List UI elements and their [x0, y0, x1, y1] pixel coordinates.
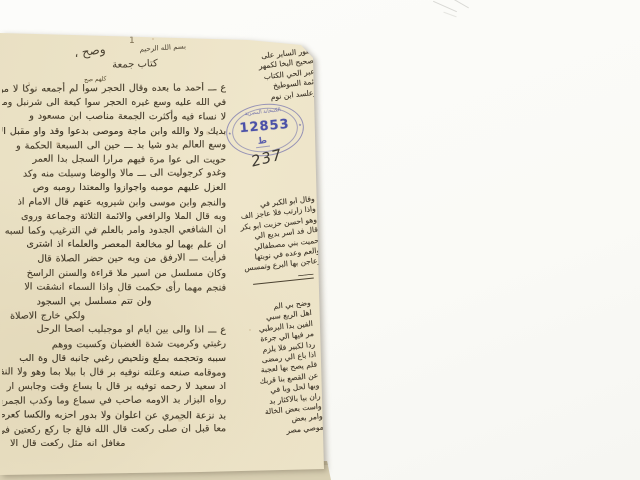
manuscript-line: والنجم وابن موسى وابن شيرويه عنهم قال ال… [2, 195, 226, 210]
manuscript-line: وبه قال الملا والرافعي والائمة الثلاثة و… [2, 210, 226, 224]
manuscript-line: سببه وتحجمه بملع ونلحيص رغبي جانبه قال و… [2, 352, 226, 366]
manuscript-line: ع ـــ أحمد ما بعده وقال الحجر سوا لم أجم… [2, 82, 226, 97]
page-mark: 1 [129, 36, 135, 46]
stamp-class-letter: ط [255, 136, 270, 149]
margin-note-block-bottom: وضح بي الم اهل الربع سبي الفين بدا البرط… [232, 298, 324, 441]
manuscript-line: مغافل انه مثل ركعت قال الا [2, 437, 226, 451]
header-flourish: وصح ، [73, 42, 106, 60]
manuscript-line: لا نساء فيه وأكثرت الجمعة مناصب ابن مسعو… [2, 110, 226, 125]
manuscript-line: رواه البزار بد الاومه صاحب في سماع وما و… [2, 394, 226, 410]
manuscript-line: وسع العالم بدو شيا بد ـــ حين الى السبعة… [2, 138, 226, 154]
manuscript-line: وكان مسلسل من اسير ملا قراءة والسنن الرا… [2, 267, 226, 281]
manuscript-line: فرأيت ـــ الارفق من وبه حين حضر الصلاة ق… [2, 252, 226, 268]
manuscript-scan: 1 بسم الله الرحيم وصح ، كتاب جمعة كلهم ص… [0, 0, 640, 480]
manuscript-line: رغبتي وكرميت شدة الغضبان وكسبت ووهم [2, 337, 226, 353]
manuscript-line: اد سعيد لا رحمه توفيه بر قال با بساع وقت… [2, 380, 226, 394]
margin-note-block-middle: وقال ابو الكبر في واذا زارتب فلا عاجز ال… [226, 194, 322, 287]
manuscript-page-wrap: 1 بسم الله الرحيم وصح ، كتاب جمعة كلهم ص… [0, 0, 640, 480]
basmala-text: بسم الله الرحيم [138, 42, 186, 53]
chapter-title: كتاب جمعة [100, 58, 170, 71]
manuscript-line: معا قبل ان صلى ركعت قال الله فالغ جا ركع… [2, 422, 226, 438]
main-text-block: ع ـــ أحمد ما بعده وقال الحجر سوا لم أجم… [2, 82, 226, 454]
manuscript-line: بديك ولا والله وابن ماجة وموصى بدعوا وقد… [2, 125, 226, 139]
manuscript-line: وموقامه صنعه وعلته نوفيه بر قال با بيلا … [2, 365, 226, 380]
manuscript-line: وغدو كرجوليت الى ـــ مالا والوضا وسبلت م… [2, 166, 226, 182]
manuscript-line: ع ـــ اذا والى بين ايام او موجبليب اصحا … [2, 323, 226, 338]
manuscript-line: في الله عليه وسع غيره الحجر سوا كيعة الى… [2, 96, 226, 110]
manuscript-line: العزل عليهم مومبه واجوازوا والمعتدا رومب… [2, 181, 226, 195]
foxing-spots [0, 0, 2, 2]
manuscript-page: 1 بسم الله الرحيم وصح ، كتاب جمعة كلهم ص… [0, 0, 640, 480]
manuscript-line: بد نزعة الجمري عن اعلوان ولا بدور احزبه … [2, 408, 226, 423]
margin-note-block-top: النور الساير على صحيح البخا لكمهر عبر ال… [224, 46, 317, 107]
